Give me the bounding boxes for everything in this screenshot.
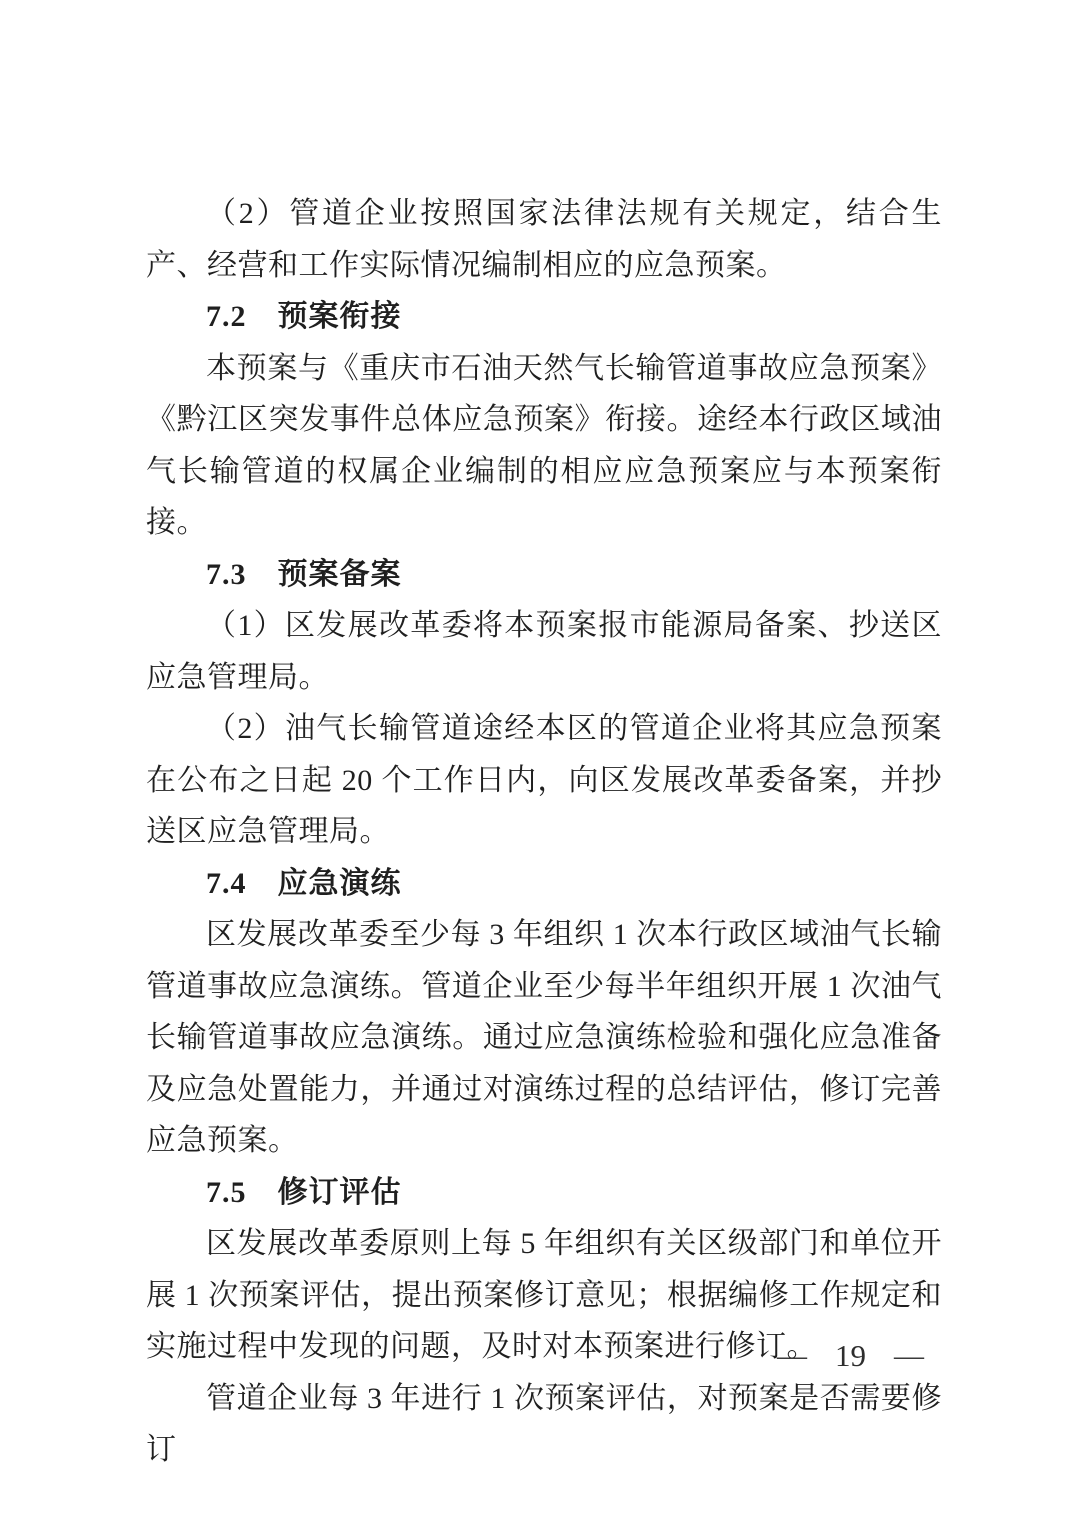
section-heading: 7.4 应急演练 (146, 858, 942, 910)
paragraph: 管道企业每 3 年进行 1 次预案评估，对预案是否需要修订 (146, 1373, 942, 1476)
section-heading: 7.5 修订评估 (146, 1167, 942, 1219)
document-page: （2）管道企业按照国家法律法规有关规定，结合生产、经营和工作实际情况编制相应的应… (0, 0, 1076, 1520)
paragraph: （2）油气长输管道途经本区的管道企业将其应急预案在公布之日起 20 个工作日内，… (146, 703, 942, 858)
paragraph: （1）区发展改革委将本预案报市能源局备案、抄送区应急管理局。 (146, 600, 942, 703)
paragraph: 本预案与《重庆市石油天然气长输管道事故应急预案》《黔江区突发事件总体应急预案》衔… (146, 343, 942, 549)
footer-right-dash: — (894, 1341, 924, 1371)
page-footer: — 19 — (777, 1338, 924, 1374)
footer-left-dash: — (777, 1341, 807, 1371)
paragraph: 区发展改革委至少每 3 年组织 1 次本行政区域油气长输管道事故应急演练。管道企… (146, 909, 942, 1167)
document-body: （2）管道企业按照国家法律法规有关规定，结合生产、经营和工作实际情况编制相应的应… (146, 188, 942, 1476)
paragraph: （2）管道企业按照国家法律法规有关规定，结合生产、经营和工作实际情况编制相应的应… (146, 188, 942, 291)
section-heading: 7.2 预案衔接 (146, 291, 942, 343)
page-number: 19 (835, 1338, 866, 1374)
section-heading: 7.3 预案备案 (146, 549, 942, 601)
